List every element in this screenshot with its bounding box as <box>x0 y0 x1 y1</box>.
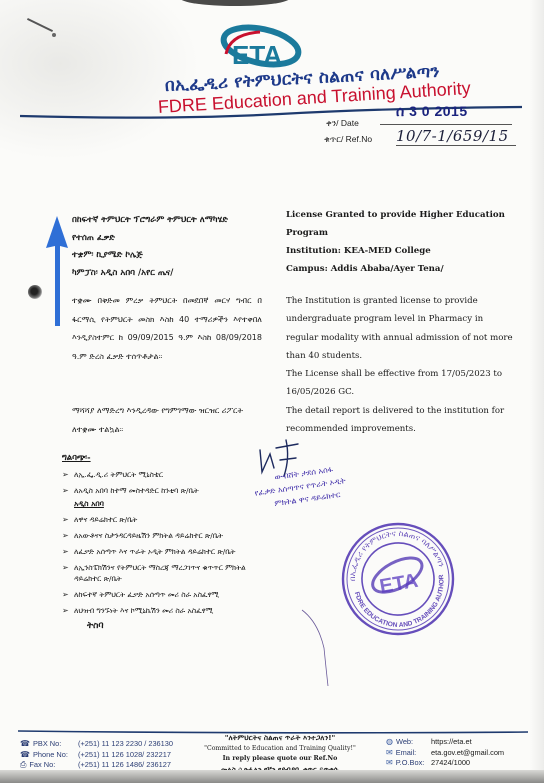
license-letter: ETA በኢፌዲሪ የትምህርትና ስልጠና ባለሥልጣን FDRE Educa… <box>0 0 544 783</box>
ref-underline <box>396 145 516 146</box>
footer-phone-contacts: ☎PBX No: (+251) 11 123 2230 / 236130 ☎Ph… <box>20 739 173 771</box>
footer-label-text: Email: <box>396 748 417 759</box>
footer-label-text: Fax No: <box>29 760 55 771</box>
bullet-arrow-icon: ➢ <box>62 589 69 600</box>
footer-value: (+251) 11 123 2230 / 236130 <box>78 739 173 750</box>
footer-pobox: ✉P.O.Box: 27424/1000 <box>386 758 504 769</box>
mailbox-icon: ✉ <box>386 758 393 769</box>
footer-label: ✉P.O.Box: <box>386 758 431 769</box>
footer-web: ◍Web: https://eta.et <box>386 737 504 748</box>
bullet-arrow-icon: ➢ <box>62 530 69 541</box>
footer-value: 27424/1000 <box>431 758 470 769</box>
date-underline <box>380 124 512 125</box>
motto-english: "Committed to Education and Training Qua… <box>200 744 360 755</box>
eta-logo-icon: ETA <box>220 24 302 74</box>
mail-icon: ✉ <box>386 748 393 759</box>
body-english-paragraph: The Institution is granted license to pr… <box>286 292 514 365</box>
cc-item-text: ለኢ.ፌ.ዲ.ሪ ትምህርት ሚኒስቴር <box>74 470 163 479</box>
footer-phone: ☎Phone No: (+251) 11 126 1028/ 232217 <box>20 750 173 761</box>
fax-icon: ⎙ <box>20 760 26 771</box>
arrow-up-icon <box>46 216 68 326</box>
reply-note-english: In reply please quote our Ref.No <box>200 754 360 765</box>
staple-dot <box>52 33 56 37</box>
official-seal-icon: በኢፌዲሪ የትምህርትና ስልጠና ባለሥልጣን FDRE EDUCATION… <box>333 520 463 638</box>
scan-bottom-shadow <box>0 770 544 783</box>
punch-hole <box>28 285 42 299</box>
cc-item: ➢ለአውቶናና ስታንዳርዳይዜሽን ምክትል ዳይሬክተር ጽ/ቤት <box>62 530 272 541</box>
footer-value: eta.gov.et@gmail.com <box>431 748 504 759</box>
footer-fax: ⎙Fax No: (+251) 11 126 1486/ 236127 <box>20 760 173 771</box>
bullet-arrow-icon: ➢ <box>62 562 69 573</box>
body-amharic-paragraph-2: ማሻሻያ ለማድረግ እንዲረዳው የግምገማው ዝርዝር ሪፖርት ለተቋሙ … <box>72 402 262 439</box>
pen-stroke-mark <box>300 608 340 688</box>
footer-value: (+251) 11 126 1028/ 232217 <box>78 750 171 761</box>
cc-title: ግልባጭ፡- <box>62 452 272 463</box>
footer-label: ✉Email: <box>386 748 431 759</box>
cc-item-sub: አዲስ አበባ <box>62 499 272 509</box>
cc-item-text: ለአዲስ አበባ ከተማ መስተዳድር ከንቲባ ጽ/ቤት <box>74 486 199 495</box>
body-amharic-paragraph-1: ተቋሙ በቅድመ ምረቃ ትምህርት በመደበኛ መርሃ ግብር በ ፋርማሲ … <box>72 292 262 366</box>
cc-item: ➢ለዋና ዳይሬክተር ጽ/ቤት <box>62 514 272 525</box>
footer-value: (+251) 11 126 1486/ 236127 <box>78 760 171 771</box>
subject-en-line: Program <box>286 224 514 242</box>
subject-am-line: በከፍተኛ ትምህርት ፕሮግራም ትምህርት ለማካሄድ <box>72 212 262 230</box>
date-stamp: ሰ 3 0 2015 <box>396 103 468 120</box>
footer-label-text: P.O.Box: <box>396 758 425 769</box>
cc-item-text: ለከፍተኛ ትምህርት ፈቃድ አሰጣጥ መሪ ስራ አስፈፃሚ <box>74 590 219 599</box>
cc-item-text: ለዋና ዳይሬክተር ጽ/ቤት <box>74 515 137 524</box>
subject-en-line: License Granted to provide Higher Educat… <box>286 206 514 224</box>
bullet-arrow-icon: ➢ <box>62 469 69 480</box>
subject-am-institution: ተቋም፡ ኪያሜድ ኮሌጅ <box>72 247 262 265</box>
footer-label: ◍Web: <box>386 737 431 748</box>
subject-amharic: በከፍተኛ ትምህርት ፕሮግራም ትምህርት ለማካሄድ የተሰጠ ፈቃድ ተ… <box>72 212 262 282</box>
footer-label: ⎙Fax No: <box>20 760 78 771</box>
footer-label: ☎PBX No: <box>20 739 78 750</box>
cc-item: ➢ለፈቃድ አሰጣጥ እና ጥራት ኦዲት ምክትል ዳይሬክተር ጽ/ቤት <box>62 546 272 557</box>
phone-icon: ☎ <box>20 750 30 761</box>
bullet-arrow-icon: ➢ <box>62 514 69 525</box>
footer-label-text: PBX No: <box>33 739 61 750</box>
footer-label-text: Phone No: <box>33 750 68 761</box>
footer-email: ✉Email: eta.gov.et@gmail.com <box>386 748 504 759</box>
phone-icon: ☎ <box>20 739 30 750</box>
cc-item-text: ለፈቃድ አሰጣጥ እና ጥራት ኦዲት ምክትል ዳይሬክተር ጽ/ቤት <box>74 547 235 556</box>
body-english-paragraph: The detail report is delivered to the in… <box>286 402 514 439</box>
svg-text:ETA: ETA <box>378 570 420 598</box>
cc-item: ➢ለህዝብ ግንኙነት እና ኮሚኒኬሽን መሪ ስራ አስፈፃሚ <box>62 605 272 616</box>
cc-item-text: ለኢንስፔክሽንና የትምህርት ማስረጃ ማረጋገጥና ቁጥጥር ምክትል ዳ… <box>74 563 246 583</box>
globe-icon: ◍ <box>386 737 393 748</box>
svg-text:ETA: ETA <box>232 40 282 70</box>
footer-motto: "ለትምህርትና ስልጠና ጥራት እንተጋለን!" "Committed to… <box>200 733 360 775</box>
cc-list: ግልባጭ፡- ➢ለኢ.ፌ.ዲ.ሪ ትምህርት ሚኒስቴር ➢ለአዲስ አበባ ከ… <box>62 452 272 631</box>
cc-item: ➢ለኢንስፔክሽንና የትምህርት ማስረጃ ማረጋገጥና ቁጥጥር ምክትል … <box>62 562 272 584</box>
bullet-arrow-icon: ➢ <box>62 605 69 616</box>
motto-amharic: "ለትምህርትና ስልጠና ጥራት እንተጋለን!" <box>200 733 360 744</box>
cc-item-text: ለአውቶናና ስታንዳርዳይዜሽን ምክትል ዳይሬክተር ጽ/ቤት <box>74 531 223 540</box>
cc-item: ➢ለኢ.ፌ.ዲ.ሪ ትምህርት ሚኒስቴር <box>62 469 272 480</box>
footer-label: ☎Phone No: <box>20 750 78 761</box>
footer-pbx: ☎PBX No: (+251) 11 123 2230 / 236130 <box>20 739 173 750</box>
cc-closing: ትስባ <box>62 621 272 631</box>
footer-value: https://eta.et <box>431 737 472 748</box>
paper-edge <box>530 0 544 783</box>
cc-item: ➢ለከፍተኛ ትምህርት ፈቃድ አሰጣጥ መሪ ስራ አስፈፃሚ <box>62 589 272 600</box>
bullet-arrow-icon: ➢ <box>62 546 69 557</box>
body-english-paragraph: The License shall be effective from 17/0… <box>286 365 514 402</box>
ref-number: 10/7-1/659/15 <box>396 127 509 145</box>
ref-label: ቁጥር/ Ref.No <box>324 134 372 145</box>
footer-label-text: Web: <box>396 737 413 748</box>
subject-am-campus: ካምፓስ፡ አዲስ አበባ /አየር ጤና/ <box>72 265 262 283</box>
cc-item: ➢ለአዲስ አበባ ከተማ መስተዳድር ከንቲባ ጽ/ቤት <box>62 485 272 496</box>
subject-english: License Granted to provide Higher Educat… <box>286 206 514 278</box>
date-label: ቀን/ Date <box>326 118 359 129</box>
subject-am-line: የተሰጠ ፈቃድ <box>72 230 262 248</box>
cc-item-text: ለህዝብ ግንኙነት እና ኮሚኒኬሽን መሪ ስራ አስፈፃሚ <box>74 606 213 615</box>
subject-en-campus: Campus: Addis Ababa/Ayer Tena/ <box>286 260 514 278</box>
subject-en-institution: Institution: KEA-MED College <box>286 242 514 260</box>
body-english: The Institution is granted license to pr… <box>286 292 514 438</box>
bullet-arrow-icon: ➢ <box>62 485 69 496</box>
